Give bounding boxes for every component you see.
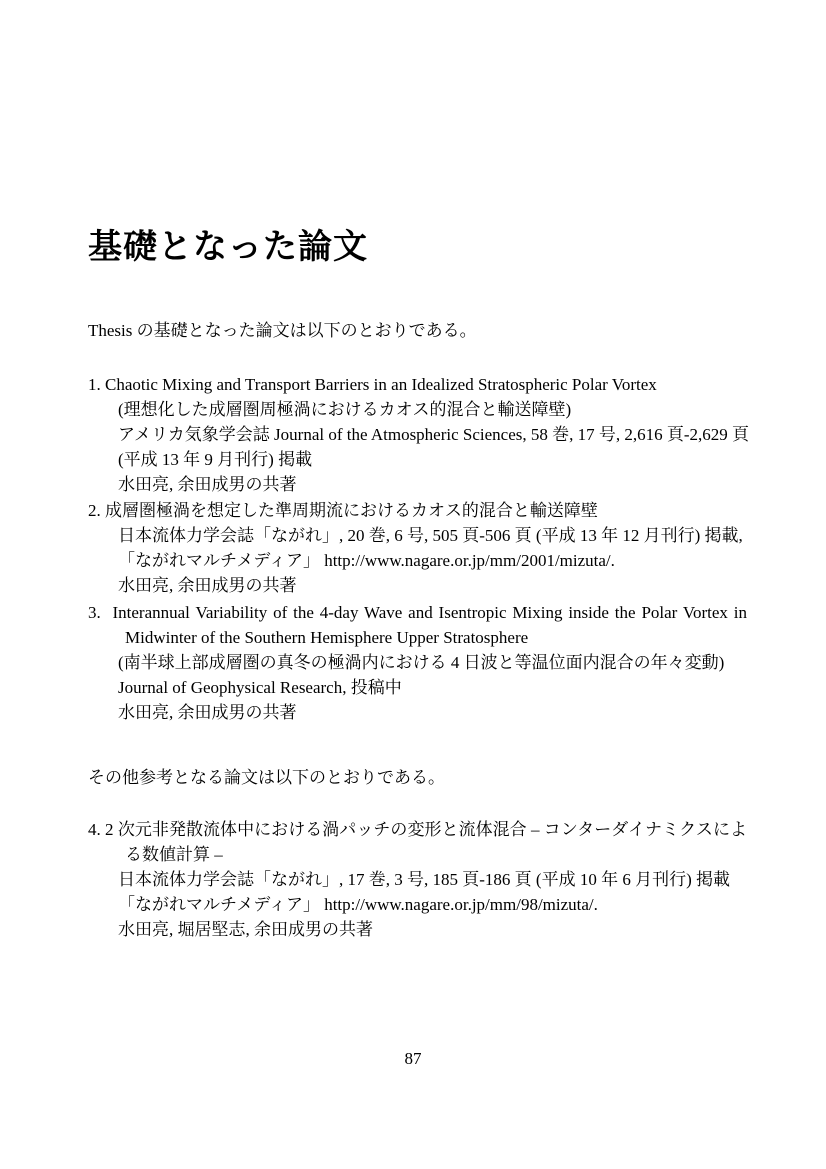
- thesis-page: 基礎となった論文 Thesis の基礎となった論文は以下のとおりである。 1. …: [0, 0, 826, 1169]
- paper-title: 3. Interannual Variability of the 4-day …: [88, 600, 747, 650]
- paper-title: 4. 2 次元非発散流体中における渦パッチの変形と流体混合 – コンターダイナミ…: [88, 817, 747, 867]
- paper-number: 1.: [88, 375, 101, 394]
- paper-detail: アメリカ気象学会誌 Journal of the Atmospheric Sci…: [88, 422, 747, 447]
- paper-title: 2. 成層圏極渦を想定した準周期流におけるカオス的混合と輸送障壁: [88, 498, 747, 523]
- paper-title: 1. Chaotic Mixing and Transport Barriers…: [88, 372, 747, 397]
- paper-detail: 「ながれマルチメディア」 http://www.nagare.or.jp/mm/…: [88, 548, 747, 573]
- paper-title-text: 2 次元非発散流体中における渦パッチの変形と流体混合 – コンターダイナミクスに…: [105, 820, 747, 864]
- paper-item-3: 3. Interannual Variability of the 4-day …: [88, 600, 747, 725]
- paper-detail: 水田亮, 余田成男の共著: [88, 700, 747, 725]
- paper-title-text: Chaotic Mixing and Transport Barriers in…: [105, 375, 657, 394]
- secondary-intro-text: その他参考となる論文は以下のとおりである。: [88, 765, 747, 790]
- paper-title-text: Interannual Variability of the 4-day Wav…: [112, 603, 747, 647]
- paper-detail: 日本流体力学会誌「ながれ」, 20 巻, 6 号, 505 頁-506 頁 (平…: [88, 523, 747, 548]
- paper-title-text: 成層圏極渦を想定した準周期流におけるカオス的混合と輸送障壁: [105, 501, 598, 520]
- paper-detail: (理想化した成層圏周極渦におけるカオス的混合と輸送障壁): [88, 397, 747, 422]
- paper-item-1: 1. Chaotic Mixing and Transport Barriers…: [88, 372, 747, 497]
- paper-detail: 「ながれマルチメディア」 http://www.nagare.or.jp/mm/…: [88, 892, 747, 917]
- paper-number: 4.: [88, 820, 101, 839]
- paper-detail: (平成 13 年 9 月刊行) 掲載: [88, 447, 747, 472]
- paper-detail: 水田亮, 余田成男の共著: [88, 472, 747, 497]
- paper-detail: Journal of Geophysical Research, 投稿中: [88, 675, 747, 700]
- paper-item-4: 4. 2 次元非発散流体中における渦パッチの変形と流体混合 – コンターダイナミ…: [88, 817, 747, 942]
- paper-detail: (南半球上部成層圏の真冬の極渦内における 4 日波と等温位面内混合の年々変動): [88, 650, 747, 675]
- paper-detail: 日本流体力学会誌「ながれ」, 17 巻, 3 号, 185 頁-186 頁 (平…: [88, 867, 747, 892]
- page-number: 87: [0, 1046, 826, 1071]
- paper-detail: 水田亮, 堀居堅志, 余田成男の共著: [88, 917, 747, 942]
- intro-text: Thesis の基礎となった論文は以下のとおりである。: [88, 318, 747, 343]
- paper-number: 2.: [88, 501, 101, 520]
- paper-detail: 水田亮, 余田成男の共著: [88, 573, 747, 598]
- paper-number: 3.: [88, 603, 101, 622]
- paper-item-2: 2. 成層圏極渦を想定した準周期流におけるカオス的混合と輸送障壁 日本流体力学会…: [88, 498, 747, 598]
- chapter-heading: 基礎となった論文: [88, 223, 368, 271]
